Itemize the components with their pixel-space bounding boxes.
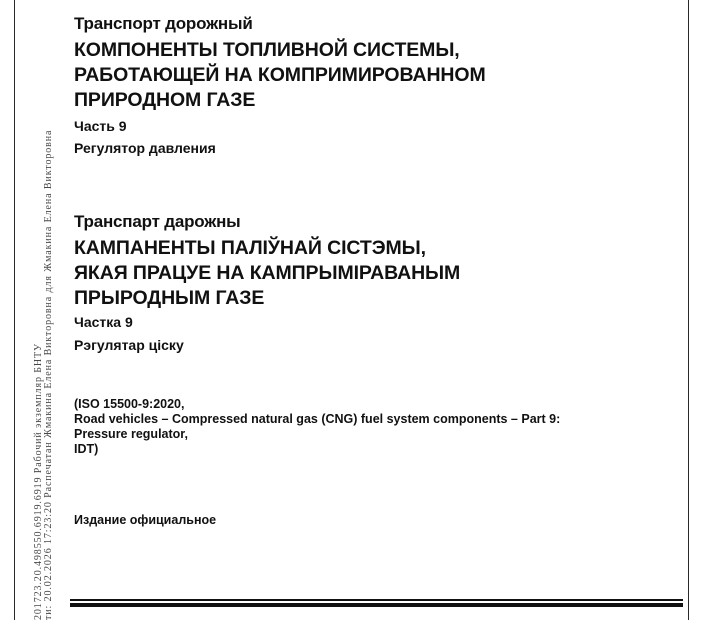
ru-title-line-1: КОМПОНЕНТЫ ТОПЛИВНОЙ СИСТЕМЫ,	[74, 38, 460, 62]
page-border-left	[14, 0, 15, 620]
iso-line-1: (ISO 15500-9:2020,	[74, 397, 185, 412]
iso-line-4: IDT)	[74, 442, 98, 457]
ru-subtitle: Транспорт дорожный	[74, 14, 253, 34]
page-border-right	[688, 0, 689, 620]
by-title-line-2: ЯКАЯ ПРАЦУЕ НА КАМПРЫМІРАВАНЫМ	[74, 261, 460, 285]
by-subtitle: Транспарт дарожны	[74, 212, 240, 232]
iso-line-2: Road vehicles – Compressed natural gas (…	[74, 412, 560, 427]
ru-title-line-3: ПРИРОДНОМ ГАЗЕ	[74, 88, 255, 112]
footer-double-rule	[70, 599, 683, 607]
ru-title-line-2: РАБОТАЮЩЕЙ НА КОМПРИМИРОВАННОМ	[74, 63, 486, 87]
ru-part: Часть 9	[74, 117, 127, 135]
edition-label: Издание официальное	[74, 512, 216, 528]
watermark-line-2: ти: 20.02.2026 17:23:20 Распечатан Жмаки…	[43, 130, 54, 620]
by-title-line-1: КАМПАНЕНТЫ ПАЛІЎНАЙ СІСТЭМЫ,	[74, 236, 426, 260]
rule-thick	[70, 603, 683, 607]
by-part-name: Рэгулятар ціску	[74, 336, 184, 354]
ru-part-name: Регулятор давления	[74, 139, 216, 157]
by-title-line-3: ПРЫРОДНЫМ ГАЗЕ	[74, 286, 264, 310]
by-part: Частка 9	[74, 313, 133, 331]
iso-line-3: Pressure regulator,	[74, 427, 188, 442]
